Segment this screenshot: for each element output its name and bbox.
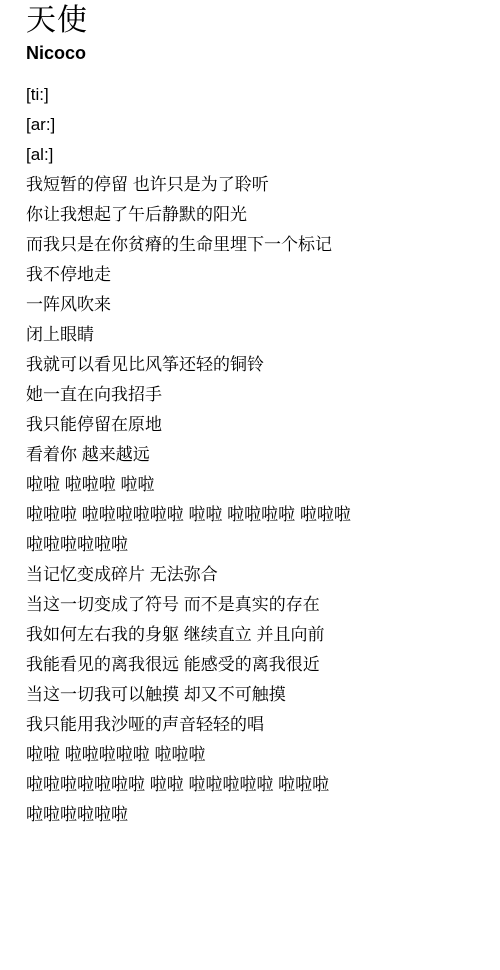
lyric-line: 而我只是在你贫瘠的生命里埋下一个标记 bbox=[26, 230, 490, 260]
lyric-line: 啦啦 啦啦啦啦啦 啦啦啦 bbox=[26, 740, 490, 770]
lyric-line: 啦啦啦啦啦啦 bbox=[26, 800, 490, 830]
lyric-line: 啦啦啦啦啦啦啦 啦啦 啦啦啦啦啦 啦啦啦 bbox=[26, 770, 490, 800]
lyric-line: 一阵风吹来 bbox=[26, 290, 490, 320]
lyric-line: 啦啦 啦啦啦 啦啦 bbox=[26, 470, 490, 500]
lyric-line: 我不停地走 bbox=[26, 260, 490, 290]
lyrics-body: [ti:] [ar:] [al:] 我短暂的停留 也许只是为了聆听 你让我想起了… bbox=[26, 80, 490, 830]
lrc-meta-line: [ti:] bbox=[26, 80, 490, 110]
lrc-meta-line: [al:] bbox=[26, 140, 490, 170]
lyric-line: 我如何左右我的身躯 继续直立 并且向前 bbox=[26, 620, 490, 650]
song-title: 天使 bbox=[26, 2, 490, 40]
lyric-line: 啦啦啦啦啦啦 bbox=[26, 530, 490, 560]
lyric-line: 我就可以看见比风筝还轻的铜铃 bbox=[26, 350, 490, 380]
lyric-line: 啦啦啦 啦啦啦啦啦啦 啦啦 啦啦啦啦 啦啦啦 bbox=[26, 500, 490, 530]
lrc-meta-line: [ar:] bbox=[26, 110, 490, 140]
lyric-list: 我短暂的停留 也许只是为了聆听 你让我想起了午后静默的阳光 而我只是在你贫瘠的生… bbox=[26, 170, 490, 830]
lyric-line: 我能看见的离我很远 能感受的离我很近 bbox=[26, 650, 490, 680]
lyric-line: 看着你 越来越远 bbox=[26, 440, 490, 470]
lyric-line: 闭上眼睛 bbox=[26, 320, 490, 350]
lyric-line: 我只能用我沙哑的声音轻轻的唱 bbox=[26, 710, 490, 740]
lyric-line: 她一直在向我招手 bbox=[26, 380, 490, 410]
lyric-line: 当这一切我可以触摸 却又不可触摸 bbox=[26, 680, 490, 710]
lyrics-page: 天使 Nicoco [ti:] [ar:] [al:] 我短暂的停留 也许只是为… bbox=[0, 0, 500, 970]
lrc-meta-list: [ti:] [ar:] [al:] bbox=[26, 80, 490, 170]
lyric-line: 我只能停留在原地 bbox=[26, 410, 490, 440]
artist-name: Nicoco bbox=[26, 41, 490, 65]
lyric-line: 我短暂的停留 也许只是为了聆听 bbox=[26, 170, 490, 200]
lyric-line: 当记忆变成碎片 无法弥合 bbox=[26, 560, 490, 590]
lyric-line: 你让我想起了午后静默的阳光 bbox=[26, 200, 490, 230]
lyric-line: 当这一切变成了符号 而不是真实的存在 bbox=[26, 590, 490, 620]
